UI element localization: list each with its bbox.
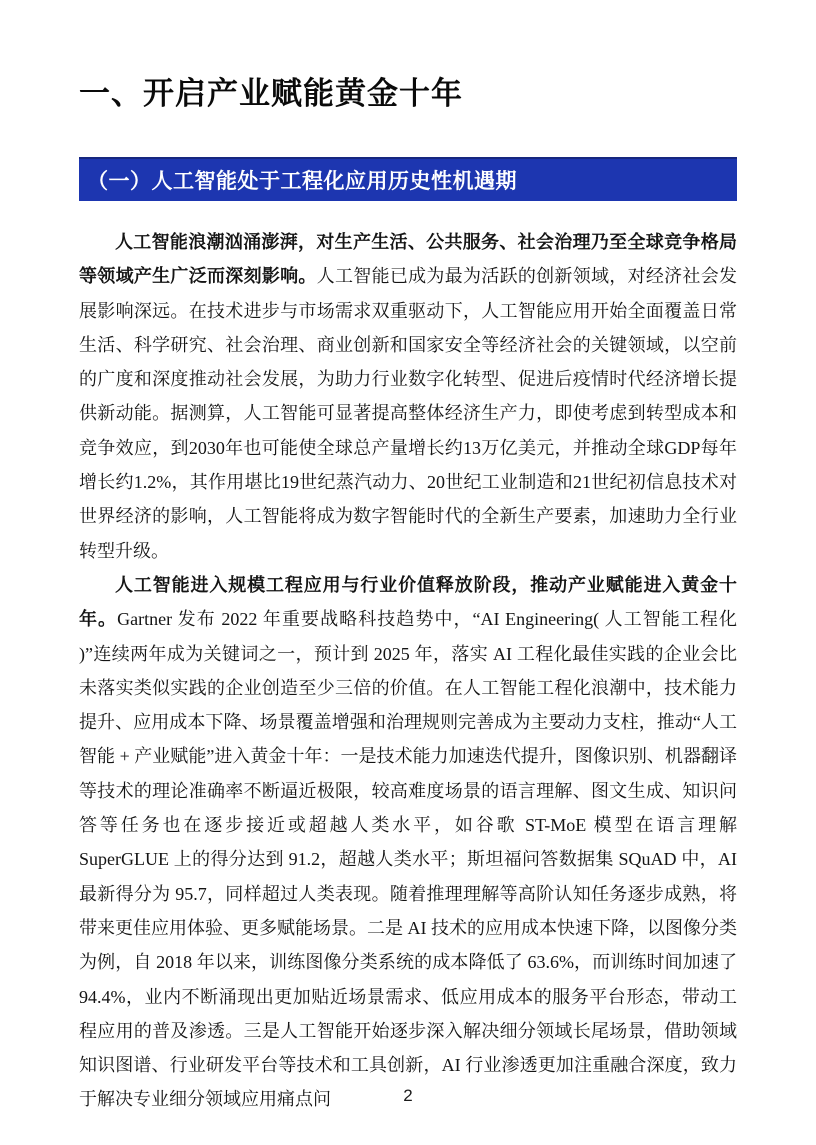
paragraph-1-text: 人工智能已成为最为活跃的创新领域，对经济社会发展影响深远。在技术进步与市场需求双… xyxy=(79,266,737,560)
paragraph-2: 人工智能进入规模工程应用与行业价值释放阶段，推动产业赋能进入黄金十年。Gartn… xyxy=(79,568,737,1117)
section-heading-text: （一）人工智能处于工程化应用历史性机遇期 xyxy=(87,165,517,195)
page-number: 2 xyxy=(0,1086,816,1106)
paragraph-2-text: Gartner 发布 2022 年重要战略科技趋势中，“AI Engineeri… xyxy=(79,609,737,1109)
page-title: 一、开启产业赋能黄金十年 xyxy=(79,76,463,112)
section-heading-banner: （一）人工智能处于工程化应用历史性机遇期 xyxy=(79,157,737,201)
paragraph-1: 人工智能浪潮汹涌澎湃，对生产生活、公共服务、社会治理乃至全球竞争格局等领域产生广… xyxy=(79,225,737,568)
document-page: 一、开启产业赋能黄金十年 （一）人工智能处于工程化应用历史性机遇期 人工智能浪潮… xyxy=(0,0,816,1145)
document-body: 人工智能浪潮汹涌澎湃，对生产生活、公共服务、社会治理乃至全球竞争格局等领域产生广… xyxy=(79,225,737,1117)
